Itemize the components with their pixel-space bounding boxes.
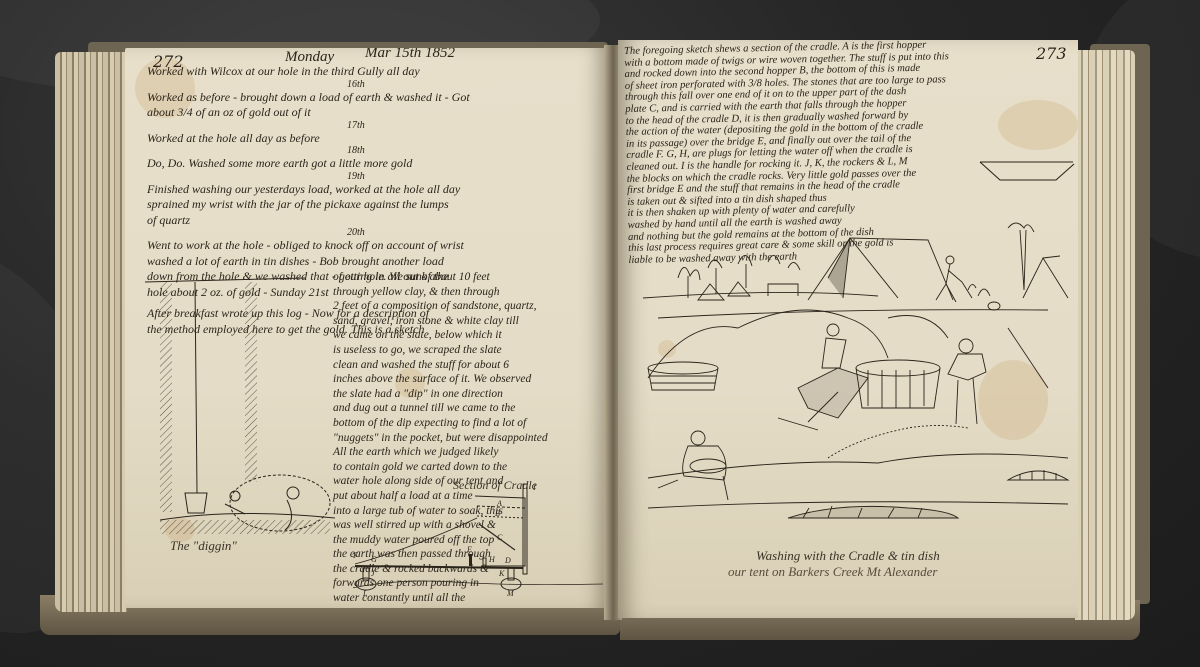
date-marker: 16th [147, 80, 470, 90]
label-K: K [498, 569, 505, 578]
diggin-caption: The "diggin" [170, 538, 237, 554]
text-line: Do, Do. Washed some more earth got a lit… [147, 156, 470, 172]
label-A: A [496, 499, 502, 508]
text-line: washed a lot of earth in tin dishes - Bo… [147, 254, 470, 270]
label-L: L [362, 589, 368, 598]
label-I: I [532, 483, 536, 492]
label-H: H [488, 555, 496, 564]
tin-dish-sketch [978, 158, 1078, 188]
page-edges-right [1075, 50, 1135, 620]
label-M: M [506, 589, 515, 598]
cradle-section-diagram: A B C D E F G H I J K L M [353, 468, 603, 598]
label-J: J [371, 569, 375, 578]
journal-page-273: 273 The foregoing sketch shews a section… [618, 40, 1078, 618]
text-line: of quartz [147, 213, 470, 229]
journal-page-272: 272 Monday Mar 15th 1852 Worked with Wil… [125, 48, 608, 608]
entry-day: Monday [285, 50, 334, 65]
text-line: bottom of the dip expecting to find a lo… [333, 416, 548, 431]
foxing-stain [998, 100, 1078, 150]
label-G: G [371, 555, 377, 564]
date-marker: 18th [147, 146, 470, 156]
date-marker: 19th [147, 172, 470, 182]
text-line: through yellow clay, & then through [333, 285, 548, 300]
text-line: sand, gravel, iron stone & white clay ti… [333, 314, 548, 329]
entry-date: Mar 15th 1852 [365, 48, 455, 61]
text-line: the slate had a "dip" in one direction [333, 387, 548, 402]
text-line: All the earth which we judged likely [333, 445, 548, 460]
text-line: Worked at the hole all day as before [147, 131, 470, 147]
date-marker: 17th [147, 121, 470, 131]
text-line: is useless to go, we scraped the slate [333, 343, 548, 358]
text-line: Worked as before - brought down a load o… [147, 90, 470, 106]
text-line: "nuggets" in the pocket, but were disapp… [333, 431, 548, 446]
text-line: clay & lighter portions of the stuff [333, 606, 548, 608]
text-line: clean and washed the stuff for about 6 [333, 358, 548, 373]
text-line: Finished washing our yesterdays load, wo… [147, 182, 470, 198]
label-C: C [497, 533, 503, 542]
date-marker: 20th [147, 228, 470, 238]
text-line: we came on the slate, below which it [333, 328, 548, 343]
text-line: and dug out a tunnel till we came to the [333, 401, 548, 416]
washing-scene-sketch [628, 218, 1078, 538]
label-F: F [353, 551, 358, 560]
diggin-sketch [145, 268, 335, 548]
page-number: 273 [1036, 44, 1067, 63]
scene-caption-line-2: our tent on Barkers Creek Mt Alexander [728, 564, 937, 580]
text-line: Worked with Wilcox at our hole in the th… [147, 64, 470, 80]
text-line: of our hole. We sunk about 10 feet [333, 270, 548, 285]
label-D: D [504, 556, 511, 565]
text-line: 2 feet of a composition of sandstone, qu… [333, 299, 548, 314]
text-line: inches above the surface of it. We obser… [333, 372, 548, 387]
text-line: Went to work at the hole - obliged to kn… [147, 238, 470, 254]
text-line: sprained my wrist with the jar of the pi… [147, 197, 470, 213]
text-line: about 3/4 of an oz of gold out of it [147, 105, 470, 121]
label-E: E [466, 545, 472, 554]
scene-caption-line-1: Washing with the Cradle & tin dish [756, 548, 940, 564]
page-edges-left [55, 52, 127, 612]
label-B: B [495, 509, 500, 518]
